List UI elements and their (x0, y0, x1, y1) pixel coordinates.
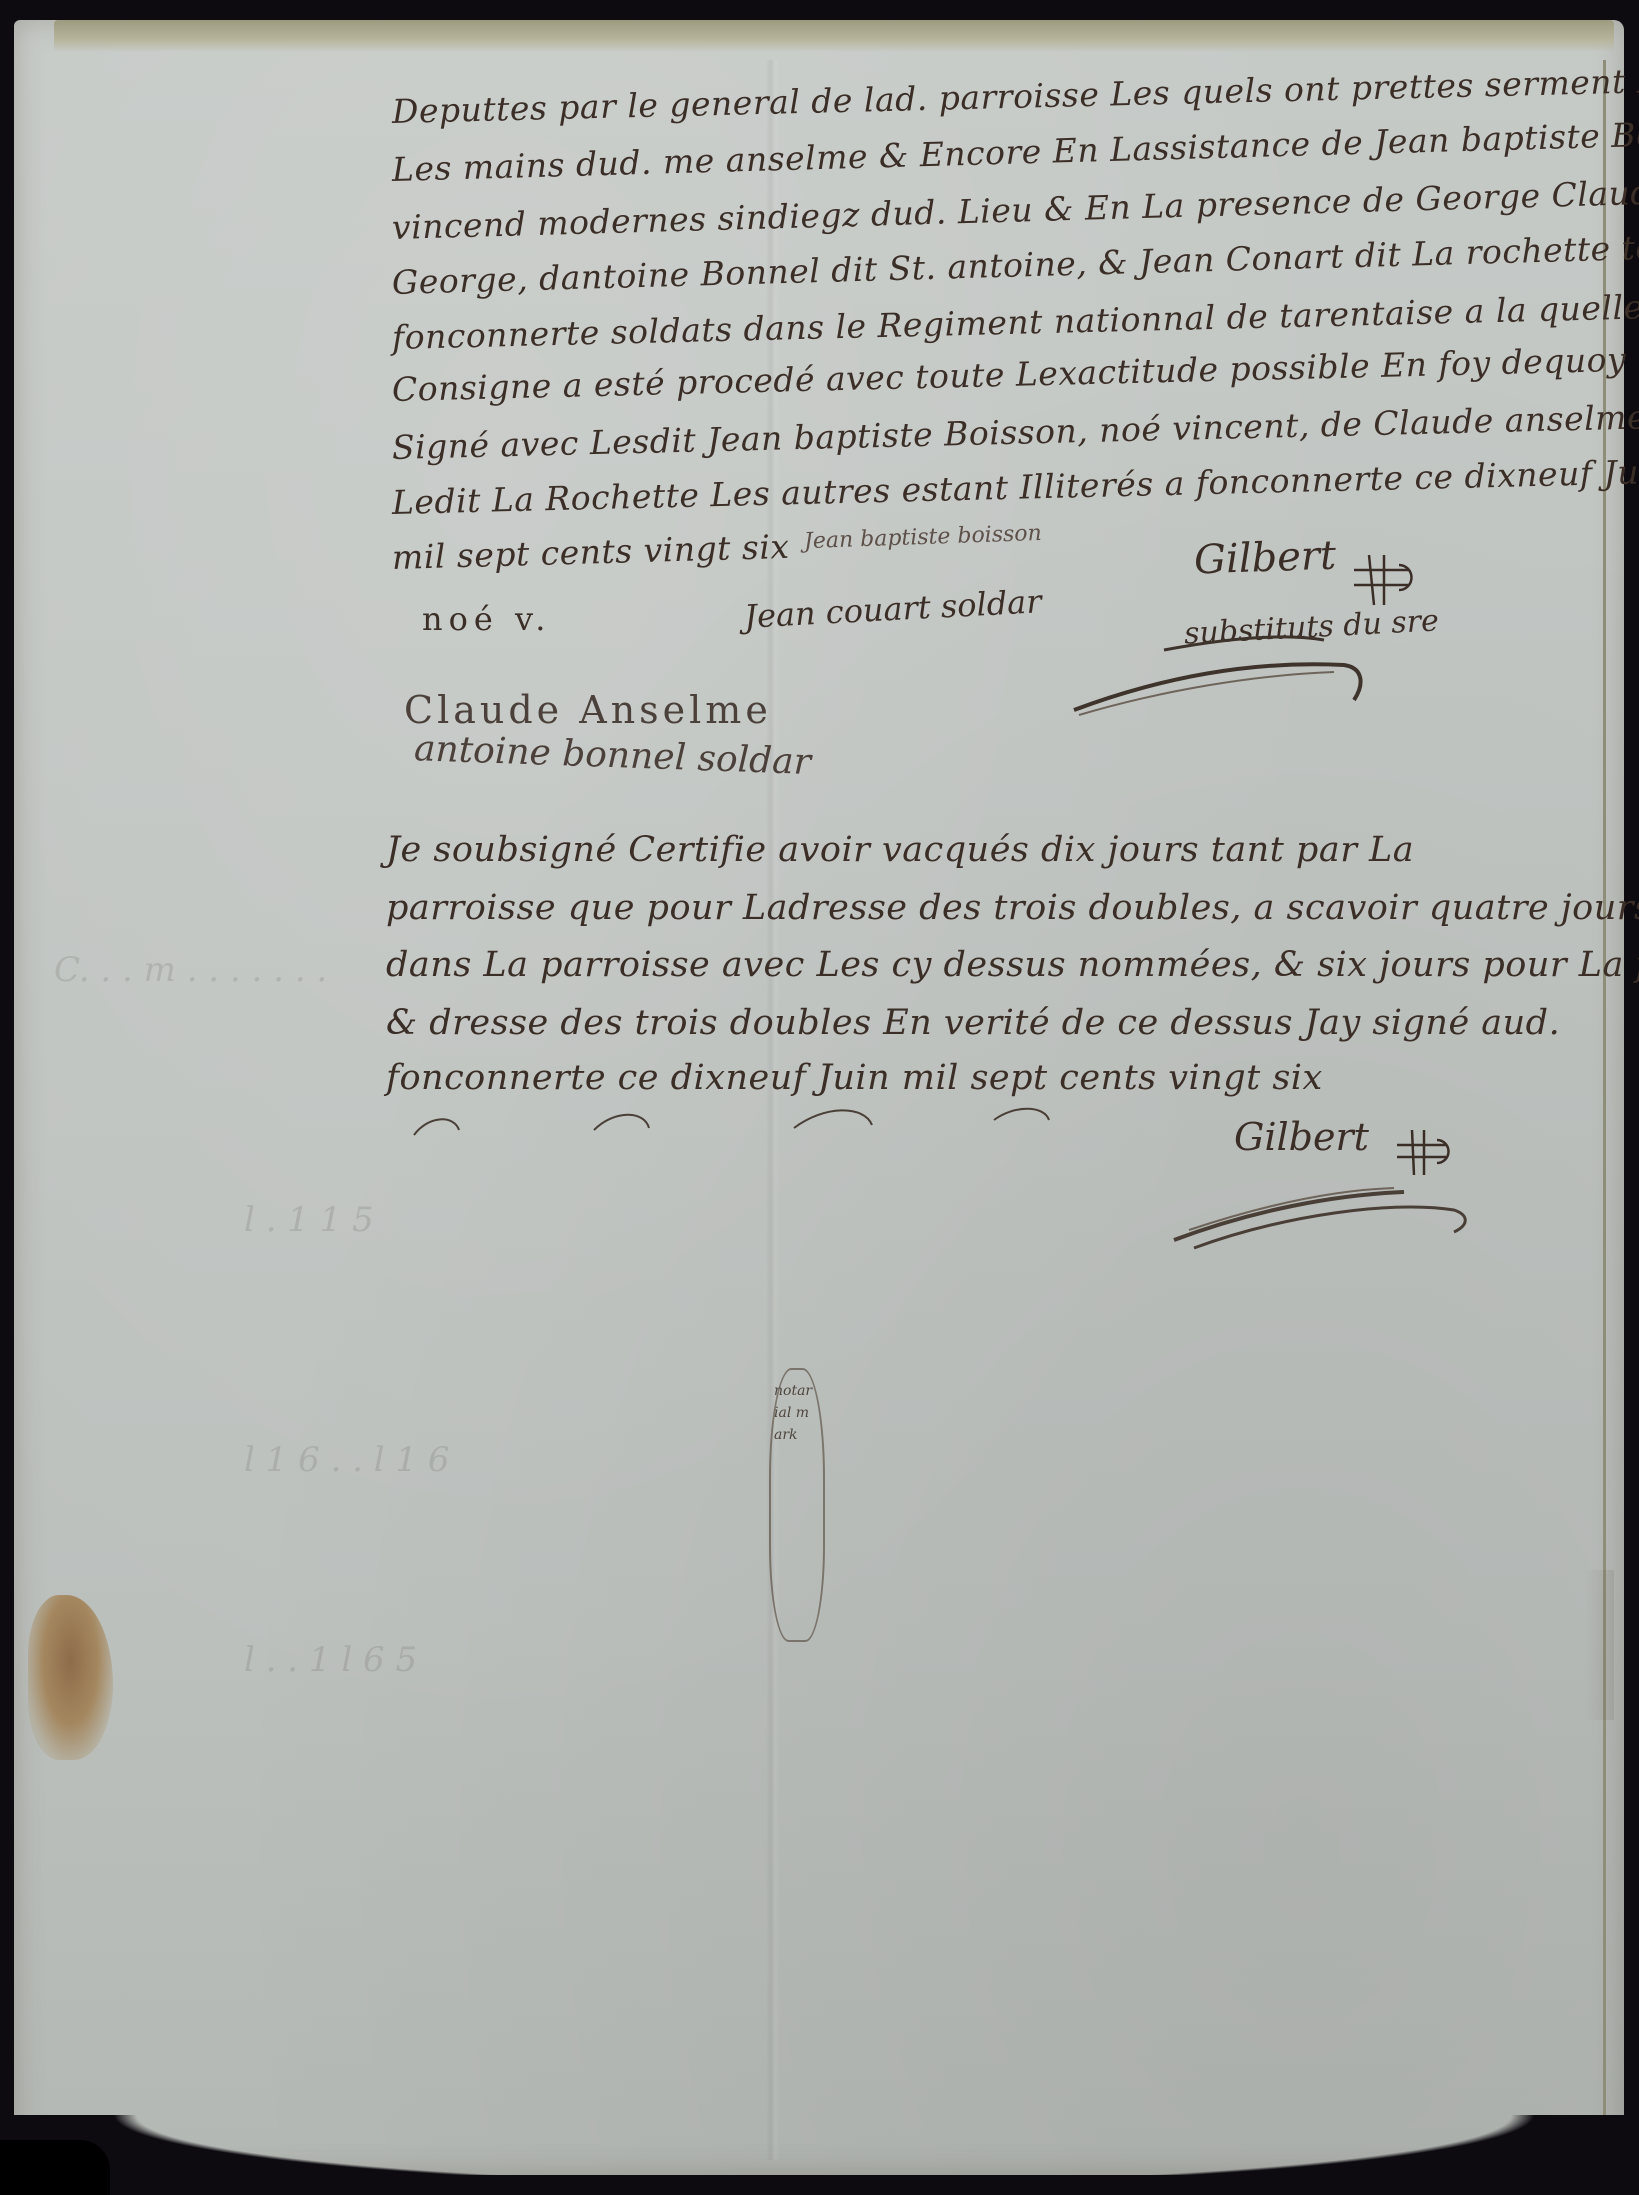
bleed-through-numbers: l . 1 1 5 (244, 1200, 374, 1240)
page-bottom-curl (14, 2115, 1634, 2195)
text-line: fonconnerte ce dixneuf Juin mil sept cen… (386, 1058, 1323, 1098)
damage-stain (28, 1595, 113, 1760)
text-line: dans La parroisse avec Les cy dessus nom… (386, 945, 1639, 985)
signature-boisson: Jean baptiste boisson (804, 521, 1043, 554)
text-line: & dresse des trois doubles En verité de … (386, 1003, 1560, 1043)
name-claude-anselme: Claude Anselme (404, 688, 772, 732)
bleed-through-numbers: l 1 6 . . l 1 6 (244, 1440, 450, 1480)
seal-label: notarial mark (774, 1380, 814, 1446)
name-antoine-bonnel: antoine bonnel soldar (413, 728, 811, 783)
signature-noe: noé v. (422, 600, 551, 638)
signature-gilbert: Gilbert (1193, 533, 1337, 584)
edge-shadow (1584, 1570, 1614, 1720)
page-top-edge (54, 20, 1614, 52)
text-line: parroisse que pour Ladresse des trois do… (386, 888, 1639, 928)
redaction-block (0, 2140, 110, 2195)
text-line: Je soubsigné Certifie avoir vacqués dix … (386, 830, 1414, 870)
signature-couart: Jean couart soldar (743, 582, 1042, 636)
flourish-icon (1064, 630, 1364, 720)
bleed-through-numbers: l . . 1 l 6 5 (244, 1640, 417, 1680)
bleed-through-text: C. . . m . . . . . . . (54, 950, 327, 990)
manuscript-page: C. . . m . . . . . . . l . 1 1 5 l 1 6 .… (14, 20, 1624, 2175)
certificate-signature-gilbert: Gilbert (1234, 1115, 1369, 1159)
document-scan: C. . . m . . . . . . . l . 1 1 5 l 1 6 .… (0, 0, 1639, 2195)
line-filler-flourishes-icon (394, 1100, 1094, 1140)
signature-flourish-icon (1164, 1170, 1484, 1250)
text-line: mil sept cents vingt six (391, 527, 790, 578)
